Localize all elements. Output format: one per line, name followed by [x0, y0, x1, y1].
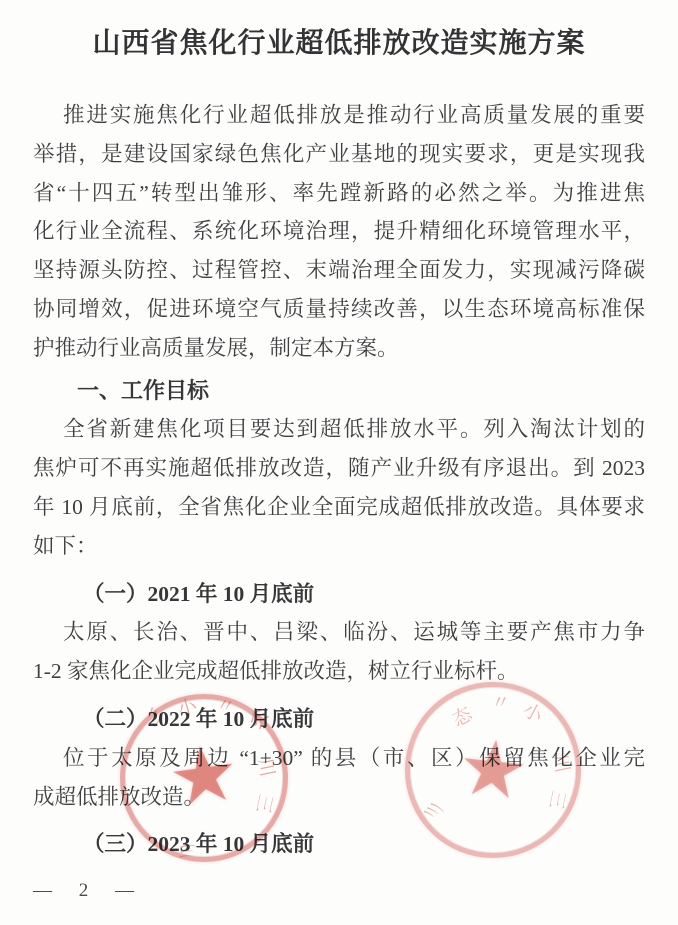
section-heading: （三）2023 年 10 月底前 — [33, 825, 645, 864]
text-line: 全省新建焦化项目要达到超低排放水平。列入淘汰计划的 — [33, 410, 645, 449]
text-line: 协同增效，促进环境空气质量持续改善，以生态环境高标准保 — [33, 290, 645, 329]
document-page: 山西省焦化行业超低排放改造实施方案 推进实施焦化行业超低排放是推动行业高质量发展… — [0, 0, 678, 925]
text-line: 省“十四五”转型出雏形、率先蹚新路的必然之举。为推进焦 — [33, 174, 645, 213]
text-line: 护推动行业高质量发展，制定本方案。 — [33, 329, 645, 368]
text-line: 推进实施焦化行业超低排放是推动行业高质量发展的重要 — [33, 96, 645, 135]
page-number: — 2 — — [33, 880, 136, 902]
text-line: 化行业全流程、系统化环境治理，提升精细化环境管理水平， — [33, 212, 645, 251]
section-heading: （二）2022 年 10 月底前 — [33, 700, 645, 739]
text-line: 位于太原及周边 “1+30” 的县（市、区）保留焦化企业完 — [33, 739, 645, 778]
text-line: 太原、长治、晋中、吕梁、临汾、运城等主要产焦市力争 — [33, 613, 645, 652]
document-title: 山西省焦化行业超低排放改造实施方案 — [0, 24, 678, 64]
document-body: 推进实施焦化行业超低排放是推动行业高质量发展的重要举措，是建设国家绿色焦化产业基… — [33, 96, 645, 864]
section-heading: 一、工作目标 — [33, 372, 645, 411]
text-line: 举措，是建设国家绿色焦化产业基地的现实要求，更是实现我 — [33, 135, 645, 174]
text-line: 年 10 月底前，全省焦化企业全面完成超低排放改造。具体要求 — [33, 488, 645, 527]
text-line: 坚持源头防控、过程管控、末端治理全面发力，实现减污降碳 — [33, 251, 645, 290]
text-line: 如下： — [33, 527, 645, 566]
text-line: 1-2 家焦化企业完成超低排放改造，树立行业标杆。 — [33, 652, 645, 691]
text-line: 焦炉可不再实施超低排放改造，随产业升级有序退出。到 2023 — [33, 449, 645, 488]
section-heading: （一）2021 年 10 月底前 — [33, 575, 645, 614]
text-line: 成超低排放改造。 — [33, 778, 645, 817]
